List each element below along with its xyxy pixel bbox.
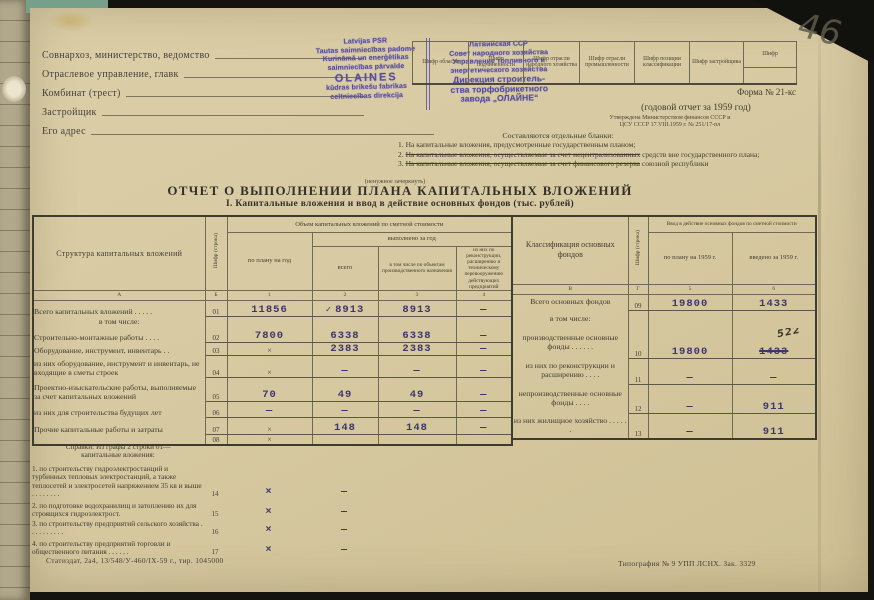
col-plan-year: по плану на год — [227, 232, 312, 290]
cell-reconstruction: — — [456, 417, 512, 434]
cell-introduced: 1433 — [732, 294, 816, 310]
col-done-group: выполнено за год — [312, 232, 512, 246]
field-label-branch: Отраслевое управление, главк — [42, 69, 179, 80]
cell-total: 148 — [312, 417, 378, 434]
cell-plan: 7800 — [227, 327, 312, 342]
row-label: из них по реконструкции и расширению . .… — [512, 358, 628, 384]
approval-note: Утверждена Министерством финансов СССР и… — [530, 115, 810, 129]
col-volume-group: Объем капитальных вложений по сметной ст… — [227, 216, 512, 232]
cell-plan: × — [226, 536, 311, 556]
cell-introduced: 911 — [732, 413, 816, 439]
cell-plan: — — [648, 384, 732, 413]
fixed-assets-table: Классификация основных фондов Шифр (стро… — [511, 215, 817, 440]
code-cipher-empty-cell — [744, 68, 797, 84]
report-subtitle: I. Капитальные вложения и ввод в действи… — [80, 199, 720, 210]
cell-plan: — — [648, 413, 732, 439]
row-code: 02 — [205, 327, 227, 342]
row-label: Всего капитальных вложений . . . . . — [33, 300, 205, 316]
cell-plan: — — [227, 401, 312, 417]
cell-plan: × — [226, 518, 311, 536]
subheader-label: в том числе: — [33, 316, 205, 327]
cell-plan: 11856 — [227, 300, 312, 316]
cell-industrial: — — [378, 401, 456, 417]
cell-introduced: 911 — [732, 384, 816, 413]
col-plan-1959: по плану на 1959 г. — [648, 232, 732, 284]
row-label: 1. по строительству гидроэлектростанций … — [32, 464, 204, 498]
cell-introduced: — — [732, 358, 816, 384]
check-mark: ✓ — [326, 305, 332, 315]
col-index: 2 — [312, 290, 378, 300]
spravki-row: 4. по строительству предприятий торговли… — [32, 536, 511, 556]
item-text: средств вне государственного плана; — [640, 150, 759, 159]
cell-reconstruction: — — [456, 401, 512, 417]
field-label-kombinat: Комбинат (трест) — [42, 88, 121, 99]
approval-line-1: Утверждена Министерством финансов СССР и — [530, 115, 810, 122]
col-index: 1 — [227, 290, 312, 300]
cell-plan: × — [227, 342, 312, 355]
item-text: На капитальные вложения, предусмотренные… — [406, 140, 636, 149]
cell-total: — — [312, 401, 378, 417]
col-introduced-1959: введено за 1959 г. — [732, 232, 816, 284]
item-number: 1. — [398, 140, 404, 149]
blanks-intro: Составляются отдельные бланки: — [426, 131, 690, 140]
code-col-subordination: Шифр подчиненности — [469, 42, 524, 84]
form-paper: Совнархоз, министерство, ведомство Отрас… — [30, 8, 868, 592]
row-code: 16 — [204, 518, 226, 536]
row-code: 14 — [204, 464, 226, 498]
spravki-heading: Справки: Из графы 2 строки 01— капитальн… — [32, 438, 204, 464]
spravki-table: Справки: Из графы 2 строки 01— капитальн… — [32, 438, 511, 556]
cell-plan: × — [227, 417, 312, 434]
row-label: из них жилищное хозяйство . . . . . . — [512, 413, 628, 439]
cell-total: — — [311, 518, 377, 536]
row-code: 10 — [628, 328, 648, 358]
col-structure: Структура капитальных вложений — [33, 216, 205, 290]
item-text: союзной республики — [640, 159, 708, 168]
row-code: 15 — [204, 498, 226, 518]
row-code: 03 — [205, 342, 227, 355]
cell-reconstruction: — — [456, 355, 512, 377]
subheader-label: в том числе: — [512, 310, 628, 328]
cell-reconstruction: — — [456, 327, 512, 342]
scanned-document-photo: Совнархоз, министерство, ведомство Отрас… — [0, 0, 874, 600]
cell-reconstruction: — — [456, 300, 512, 316]
cell-introduced-corrected: 1433522 — [732, 328, 816, 358]
field-label-address: Его адрес — [42, 126, 86, 137]
cell-plan: 70 — [227, 377, 312, 401]
col-index: А — [33, 290, 205, 300]
col-industrial: в том числе по объектам производственног… — [378, 246, 456, 290]
cell-plan: 19800 — [648, 328, 732, 358]
cell-plan: × — [226, 498, 311, 518]
col-index: 4 — [456, 290, 512, 300]
code-boxes-table: Шифр области Шифр подчиненности Шифр отр… — [412, 41, 797, 85]
struck-value: 1433 — [759, 346, 788, 358]
col-index: 6 — [732, 284, 816, 294]
table-row: Строительно-монтажные работы . . . . 02 … — [33, 327, 512, 342]
cell-industrial: — — [378, 355, 456, 377]
field-line — [102, 115, 364, 116]
cell-total: — — [311, 536, 377, 556]
blank-item-3: 3.На капитальные вложения, осуществляемы… — [398, 159, 824, 169]
form-number: Форма № 21-кс — [626, 87, 796, 97]
row-code: 17 — [204, 536, 226, 556]
cell-industrial: 6338 — [378, 327, 456, 342]
col-index: Б — [205, 290, 227, 300]
row-code: 09 — [628, 294, 648, 310]
title-block: ОТЧЕТ О ВЫПОЛНЕНИИ ПЛАНА КАПИТАЛЬНЫХ ВЛО… — [80, 184, 720, 210]
table-subheader-row: в том числе: — [33, 316, 512, 327]
table-row: из них оборудование, инструмент и инвент… — [33, 355, 512, 377]
cell-total: — — [312, 355, 378, 377]
row-label: из них для строительства будущих лет — [33, 401, 205, 417]
cell-plan: 19800 — [648, 294, 732, 310]
blanks-list: 1.На капитальные вложения, предусмотренн… — [398, 140, 824, 169]
row-code-header: Шифр (строка) — [213, 233, 219, 268]
table-row: из них жилищное хозяйство . . . . . . 13… — [512, 413, 816, 439]
row-code: 11 — [628, 358, 648, 384]
table-row: из них по реконструкции и расширению . .… — [512, 358, 816, 384]
cell-total: 2383 — [312, 342, 378, 355]
row-code: 07 — [205, 417, 227, 434]
row-label: Строительно-монтажные работы . . . . — [33, 327, 205, 342]
field-label-sovnarkhoz: Совнархоз, министерство, ведомство — [42, 50, 210, 61]
col-total: всего — [312, 246, 378, 290]
col-intro-group: Ввод в действие основных фондов по сметн… — [648, 216, 816, 232]
code-col-oblast: Шифр области — [413, 42, 469, 84]
row-code: 13 — [628, 413, 648, 439]
row-label: 2. по подготовке водохранилищ и затоплен… — [32, 498, 204, 518]
table-row: из них для строительства будущих лет 06 … — [33, 401, 512, 417]
cell-industrial: 148 — [378, 417, 456, 434]
table-row: Проектно-изыскательские работы, выполняе… — [33, 377, 512, 401]
report-period: (годовой отчет за 1959 год) — [590, 103, 802, 113]
row-label: из них оборудование, инструмент и инвент… — [33, 355, 205, 377]
field-label-developer: Застройщик — [42, 107, 97, 118]
row-code-header: Шифр (строка) — [635, 230, 641, 265]
spravki-heading-line2: капитальные вложения: — [32, 451, 204, 459]
table-row: Всего основных фондов 09 19800 1433 — [512, 294, 816, 310]
row-code: 04 — [205, 355, 227, 377]
col-reconstruction: из них по реконструкции, расширению и те… — [456, 246, 512, 290]
code-col-economy-branch: Шифр отрасли народного хозяйства — [524, 42, 580, 84]
table-subheader-row: в том числе: — [512, 310, 816, 328]
cell-total: — — [311, 464, 377, 498]
table-row: Прочие капитальные работы и затраты 07 ×… — [33, 417, 512, 434]
blank-item-2: 2.На капитальные вложения, осуществляемы… — [398, 150, 824, 160]
item-number: 2. — [398, 150, 404, 159]
row-label: 3. по строительству предприятий сельског… — [32, 518, 204, 536]
spravki-heading-row: Справки: Из графы 2 строки 01— капитальн… — [32, 438, 511, 464]
col-row-code: Шифр (строка) — [205, 216, 227, 290]
row-code: 06 — [205, 401, 227, 417]
cell-industrial: 8913 — [378, 300, 456, 316]
cell-reconstruction: — — [456, 377, 512, 401]
paper-stain — [48, 10, 94, 32]
item-number: 3. — [398, 159, 404, 168]
handwritten-correction: 522 — [776, 328, 802, 340]
spravki-row: 1. по строительству гидроэлектростанций … — [32, 464, 511, 498]
row-label: Прочие капитальные работы и затраты — [33, 417, 205, 434]
cell-plan: × — [226, 464, 311, 498]
cell-plan: — — [648, 358, 732, 384]
table-row: непроизводственные основные фонды . . . … — [512, 384, 816, 413]
table-row: Оборудование, инструмент, инвентарь . . … — [33, 342, 512, 355]
table-row: производственные основные фонды . . . . … — [512, 328, 816, 358]
row-code: 12 — [628, 384, 648, 413]
col-index: Г — [628, 284, 648, 294]
paper-crease — [818, 8, 821, 592]
col-row-code: Шифр (строка) — [628, 216, 648, 284]
col-index: 3 — [378, 290, 456, 300]
cell-reconstruction: — — [456, 342, 512, 355]
row-label: Всего основных фондов — [512, 294, 628, 310]
row-code: 05 — [205, 377, 227, 401]
print-imprint-right: Типография № 9 УПП ЛСНХ. Зак. 3329 — [618, 559, 756, 568]
col-index: В — [512, 284, 628, 294]
item-text-struck: На капитальные вложения, осуществляемые … — [406, 150, 641, 159]
code-col-industry-branch: Шифр отрасли промышленности — [580, 42, 635, 84]
cell-industrial: 2383 — [378, 342, 456, 355]
cell-industrial: 49 — [378, 377, 456, 401]
report-title: ОТЧЕТ О ВЫПОЛНЕНИИ ПЛАНА КАПИТАЛЬНЫХ ВЛО… — [80, 184, 720, 198]
field-line — [91, 134, 434, 135]
item-text-struck: На капитальные вложения, осуществляемые … — [406, 159, 640, 168]
cell-plan: × — [227, 355, 312, 377]
code-col-cipher: Шифр — [744, 42, 797, 68]
cell-total: — — [311, 498, 377, 518]
row-label: непроизводственные основные фонды . . . … — [512, 384, 628, 413]
row-code: 01 — [205, 300, 227, 316]
row-label: 4. по строительству предприятий торговли… — [32, 536, 204, 556]
cell-total: 6338 — [312, 327, 378, 342]
col-classification: Классификация основных фондов — [512, 216, 628, 284]
row-label: Оборудование, инструмент, инвентарь . . — [33, 342, 205, 355]
capital-investments-table: Структура капитальных вложений Шифр (стр… — [32, 215, 513, 446]
blank-item-1: 1.На капитальные вложения, предусмотренн… — [398, 140, 824, 150]
col-index: 5 — [648, 284, 732, 294]
spravki-row: 2. по подготовке водохранилищ и затоплен… — [32, 498, 511, 518]
table-row: Всего капитальных вложений . . . . . 01 … — [33, 300, 512, 316]
spravki-row: 3. по строительству предприятий сельског… — [32, 518, 511, 536]
punch-hole — [2, 76, 26, 102]
cell-total: 49 — [312, 377, 378, 401]
row-label: Проектно-изыскательские работы, выполняе… — [33, 377, 205, 401]
code-col-classification: Шифр позиции классификации — [635, 42, 690, 84]
code-col-developer: Шифр застройщика — [690, 42, 744, 84]
print-imprint-left: Статиздат, 2а4, 13/548/У-460/IX-59 г., т… — [46, 556, 224, 565]
cell-total: ✓8913 — [312, 300, 378, 316]
approval-line-2: ЦСУ СССР 17.VIII.1959 г. № 251/17-пл — [530, 122, 810, 129]
row-label: производственные основные фонды . . . . … — [512, 328, 628, 358]
